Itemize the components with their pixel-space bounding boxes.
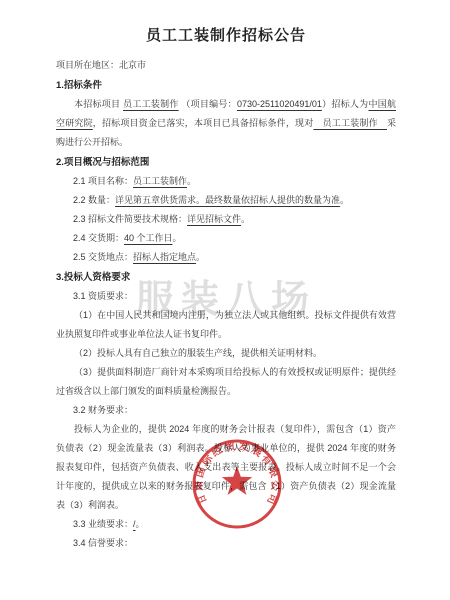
item-label: 3.3 业绩要求：	[73, 519, 133, 529]
project-location-line: 项目所在地区：北京市	[56, 56, 396, 75]
location-label: 项目所在地区：	[56, 60, 119, 70]
item-performance-requirement: 3.3 业绩要求：/。	[56, 515, 396, 534]
item-label: 2.4 交货期：	[73, 233, 124, 243]
item-value: 详见第五章供货需求。最终数量依招标人提供的数量为准	[115, 195, 340, 205]
item-label: 2.2 数量：	[73, 195, 115, 205]
qualification-point-1: （1）在中国人民共和国境内注册，为独立法人或其他组织。投标文件提供有效营业执照复…	[56, 306, 396, 344]
item-tech-spec: 2.3 招标文件简要技术规格：详见招标文件。	[56, 210, 396, 229]
item-financial-heading: 3.2 财务要求：	[56, 401, 396, 420]
intro-seg-6: ，招标项目资金已落实，本项目已具备招标条件，现对	[93, 118, 314, 128]
document-page: 员工工装制作招标公告 项目所在地区：北京市 1.招标条件 本招标项目 员工工装制…	[0, 0, 450, 553]
section-1-heading: 1.招标条件	[56, 76, 396, 95]
item-quantity: 2.2 数量：详见第五章供货需求。最终数量依招标人提供的数量为准。	[56, 191, 396, 210]
location-value: 北京市	[119, 60, 146, 70]
intro-project-name: 员工工装制作	[123, 99, 179, 109]
qualification-point-3: （3）提供面料制造厂商针对本采购项目给投标人的有效授权或证明原件；提供经过省级含…	[56, 363, 396, 401]
item-value: 员工工装制作	[133, 176, 187, 186]
intro-project-number: 0730-2511020491/01	[237, 99, 322, 109]
item-value: 招标人指定地点	[133, 252, 196, 262]
item-qualification-heading: 3.1 资质要求：	[56, 287, 396, 306]
intro-seg-2: （项目编号：	[179, 99, 237, 109]
item-value: 40 个工作日	[124, 233, 173, 243]
item-tail: 。	[136, 519, 145, 529]
qualification-point-2: （2）投标人具有自己独立的服装生产线，提供相关证明材料。	[56, 344, 396, 363]
item-tail: 。	[340, 195, 349, 205]
document-title: 员工工装制作招标公告	[56, 26, 396, 45]
item-label: 2.1 项目名称：	[73, 176, 133, 186]
item-credit-requirement: 3.4 信誉要求：	[56, 534, 396, 553]
item-delivery-period: 2.4 交货期：40 个工作日。	[56, 229, 396, 248]
item-value: 详见招标文件	[187, 214, 241, 224]
financial-requirements-paragraph: 投标人为企业的，提供 2024 年度的财务会计报表（复印件），需包含（1）资产负…	[56, 420, 396, 515]
item-project-name: 2.1 项目名称：员工工装制作。	[56, 172, 396, 191]
section-2-heading: 2.项目概况与招标范围	[56, 153, 396, 172]
item-label: 2.5 交货地点：	[73, 252, 133, 262]
intro-seg-0: 本招标项目	[74, 99, 123, 109]
intro-project-name-2: 员工工装制作	[313, 118, 387, 128]
intro-seg-4: ）招标人为	[322, 99, 369, 109]
item-tail: 。	[187, 176, 196, 186]
section-3-heading: 3.投标人资格要求	[56, 268, 396, 287]
tender-conditions-paragraph: 本招标项目 员工工装制作 （项目编号：0730-2511020491/01）招标…	[56, 95, 396, 152]
item-tail: 。	[241, 214, 250, 224]
item-tail: 。	[173, 233, 182, 243]
item-tail: 。	[196, 252, 205, 262]
item-delivery-place: 2.5 交货地点：招标人指定地点。	[56, 248, 396, 267]
item-label: 2.3 招标文件简要技术规格：	[73, 214, 187, 224]
